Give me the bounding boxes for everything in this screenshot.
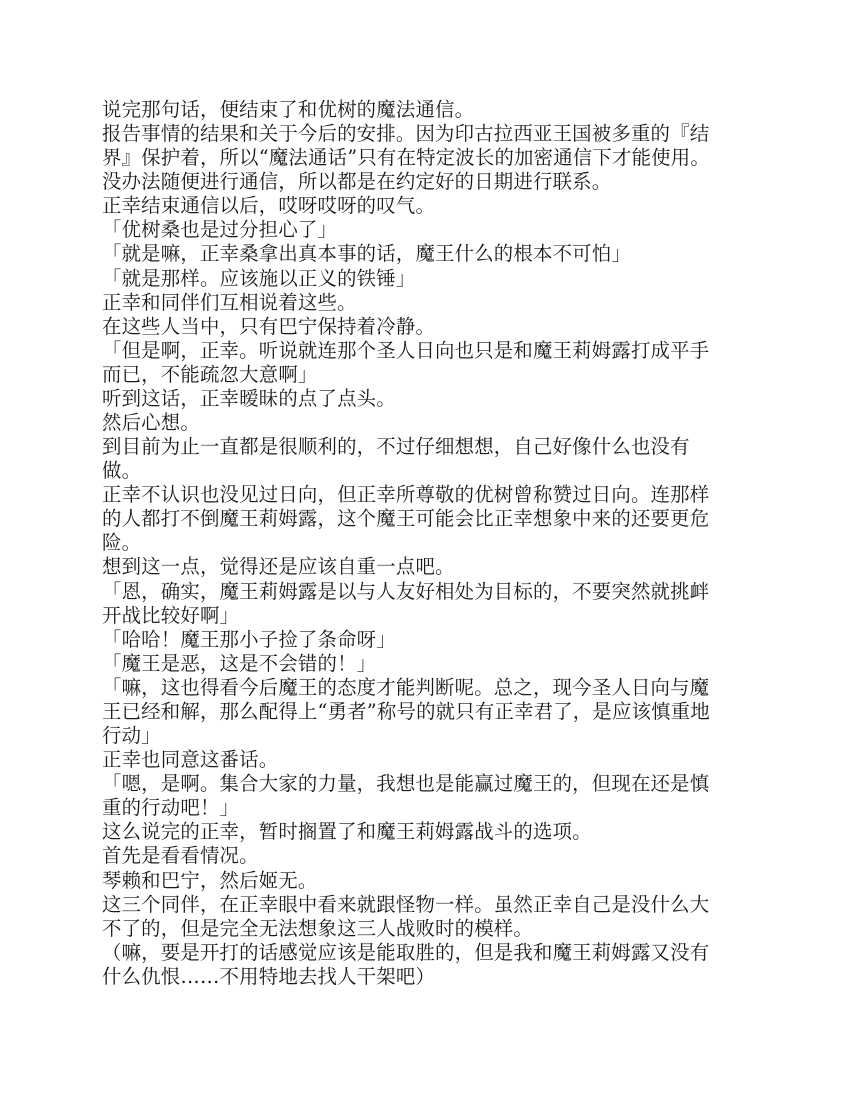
text-line: 正幸也同意这番话。 [102, 748, 762, 772]
text-line: 到目前为止一直都是很顺利的，不过仔细想想，自己好像什么也没有 [102, 435, 762, 459]
text-line: 「魔王是恶，这是不会错的！」 [102, 652, 762, 676]
text-line: 正幸不认识也没见过日向，但正幸所尊敬的优树曾称赞过日向。连那样 [102, 483, 762, 507]
text-line: 行动」 [102, 724, 762, 748]
text-line: 而已，不能疏忽大意啊」 [102, 363, 762, 387]
text-line: 正幸和同伴们互相说着这些。 [102, 291, 762, 315]
text-line: 界』保护着，所以“魔法通话”只有在特定波长的加密通信下才能使用。 [102, 146, 762, 170]
text-line: 不了的，但是完全无法想象这三人战败时的模样。 [102, 917, 762, 941]
text-line: 听到这话，正幸暧昧的点了点头。 [102, 387, 762, 411]
text-line: 「嗯，是啊。集合大家的力量，我想也是能赢过魔王的，但现在还是慎 [102, 772, 762, 796]
document-page: 说完那句话，便结束了和优树的魔法通信。 报告事情的结果和关于今后的安排。因为印古… [102, 98, 762, 989]
text-line: 首先是看看情况。 [102, 844, 762, 868]
text-line: 「就是嘛，正幸桑拿出真本事的话，魔王什么的根本不可怕」 [102, 242, 762, 266]
text-line: 正幸结束通信以后，哎呀哎呀的叹气。 [102, 194, 762, 218]
text-line: 然后心想。 [102, 411, 762, 435]
text-line: 险。 [102, 531, 762, 555]
text-line: 「恩，确实，魔王莉姆露是以与人友好相处为目标的，不要突然就挑衅 [102, 580, 762, 604]
text-line: 「但是啊，正幸。听说就连那个圣人日向也只是和魔王莉姆露打成平手 [102, 339, 762, 363]
text-line: 「哈哈！魔王那小子捡了条命呀」 [102, 628, 762, 652]
text-line: 「优树桑也是过分担心了」 [102, 218, 762, 242]
text-line: 想到这一点，觉得还是应该自重一点吧。 [102, 555, 762, 579]
text-line: 这么说完的正幸，暂时搁置了和魔王莉姆露战斗的选项。 [102, 820, 762, 844]
text-line: 在这些人当中，只有巴宁保持着冷静。 [102, 315, 762, 339]
text-line: 王已经和解，那么配得上“勇者”称号的就只有正幸君了，是应该慎重地 [102, 700, 762, 724]
text-line: 什么仇恨……不用特地去找人干架吧） [102, 965, 762, 989]
text-line: 做。 [102, 459, 762, 483]
text-line: 的人都打不倒魔王莉姆露，这个魔王可能会比正幸想象中来的还要更危 [102, 507, 762, 531]
text-line: 重的行动吧！」 [102, 796, 762, 820]
text-line: 琴赖和巴宁，然后姬无。 [102, 869, 762, 893]
text-line: 「就是那样。应该施以正义的铁锤」 [102, 267, 762, 291]
text-line: 这三个同伴，在正幸眼中看来就跟怪物一样。虽然正幸自己是没什么大 [102, 893, 762, 917]
text-line: （嘛，要是开打的话感觉应该是能取胜的，但是我和魔王莉姆露又没有 [102, 941, 762, 965]
text-line: 报告事情的结果和关于今后的安排。因为印古拉西亚王国被多重的『结 [102, 122, 762, 146]
text-line: 没办法随便进行通信，所以都是在约定好的日期进行联系。 [102, 170, 762, 194]
text-line: 开战比较好啊」 [102, 604, 762, 628]
text-line: 说完那句话，便结束了和优树的魔法通信。 [102, 98, 762, 122]
text-line: 「嘛，这也得看今后魔王的态度才能判断呢。总之，现今圣人日向与魔 [102, 676, 762, 700]
